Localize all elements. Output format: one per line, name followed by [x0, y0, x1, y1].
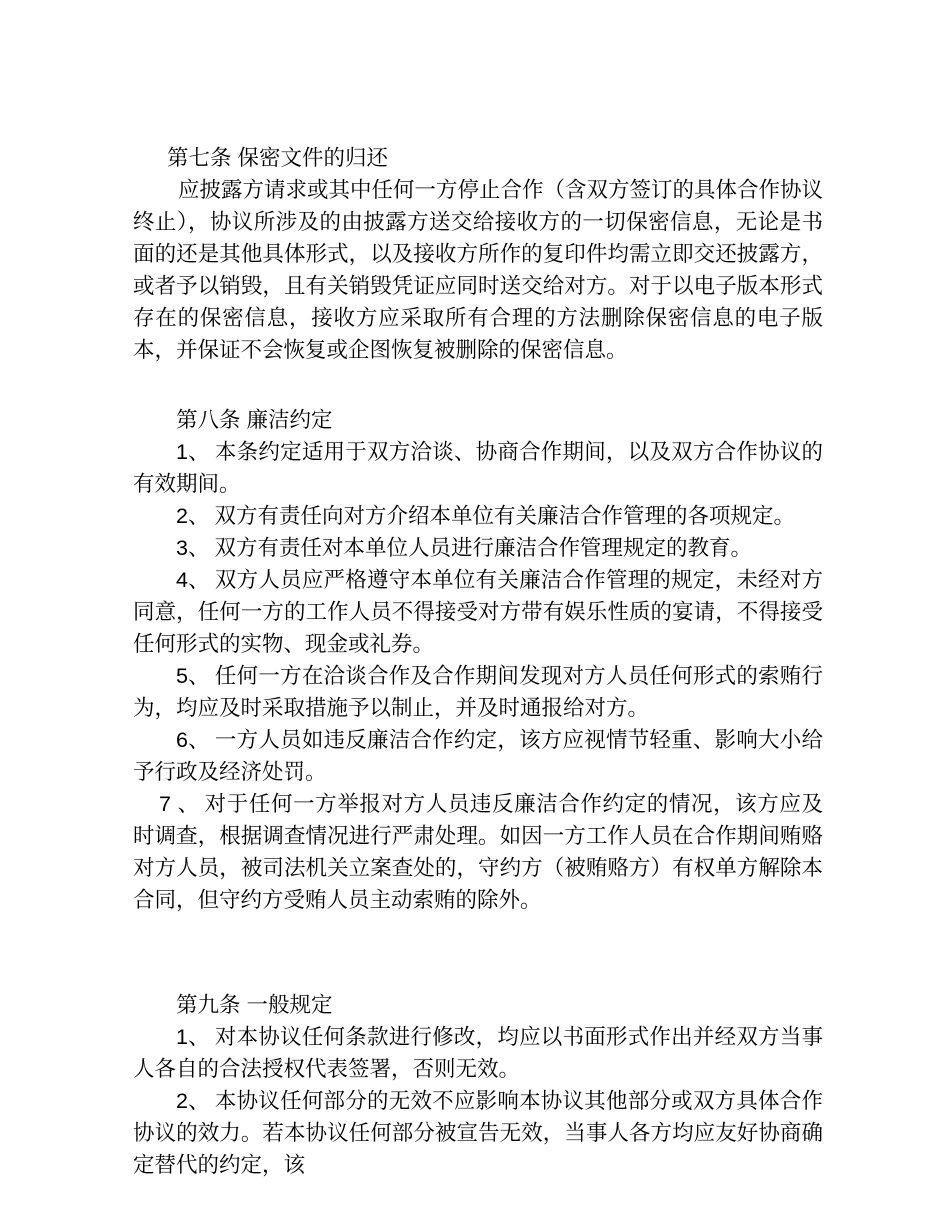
- item-marker: 5、: [176, 664, 210, 688]
- article-8-item-4: 4、双方人员应严格遵守本单位有关廉洁合作管理的规定，未经对方同意，任何一方的工作…: [133, 564, 823, 660]
- article-9-heading: 第九条 一般规定: [133, 989, 823, 1021]
- item-text: 对本协议任何条款进行修改，均应以书面形式作出并经双方当事人各自的合法授权代表签署…: [133, 1025, 823, 1081]
- item-marker: 4、: [176, 568, 210, 592]
- item-text: 本协议任何部分的无效不应影响本协议其他部分或双方具体合作协议的效力。若本协议任何…: [133, 1089, 823, 1177]
- item-text: 双方有责任向对方介绍本单位有关廉洁合作管理的各项规定。: [214, 504, 795, 528]
- article-8-item-2: 2、双方有责任向对方介绍本单位有关廉洁合作管理的各项规定。: [133, 500, 823, 532]
- item-text: 双方人员应严格遵守本单位有关廉洁合作管理的规定，未经对方同意，任何一方的工作人员…: [133, 568, 823, 656]
- article-9-item-1: 1、对本协议任何条款进行修改，均应以书面形式作出并经双方当事人各自的合法授权代表…: [133, 1021, 823, 1085]
- item-marker: 3、: [176, 536, 209, 560]
- item-marker: 1、: [176, 440, 210, 464]
- item-marker: 1、: [176, 1025, 210, 1049]
- item-marker: 7 、: [159, 792, 200, 816]
- article-8-item-3: 3、双方有责任对本单位人员进行廉洁合作管理规定的教育。: [133, 532, 823, 564]
- article-8-item-5: 5、任何一方在洽谈合作及合作期间发现对方人员任何形式的索贿行为，均应及时采取措施…: [133, 660, 823, 724]
- article-7-heading: 第七条 保密文件的归还: [133, 142, 823, 174]
- item-text: 任何一方在洽谈合作及合作期间发现对方人员任何形式的索贿行为，均应及时采取措施予以…: [133, 664, 823, 720]
- article-8-heading: 第八条 廉洁约定: [133, 404, 823, 436]
- item-text: 一方人员如违反廉洁合作约定，该方应视情节轻重、影响大小给予行政及经济处罚。: [133, 728, 823, 784]
- document-page: 第七条 保密文件的归还 应披露方请求或其中任何一方停止合作（含双方签订的具体合作…: [0, 0, 950, 1230]
- item-text: 双方有责任对本单位人员进行廉洁合作管理规定的教育。: [214, 536, 752, 560]
- article-9-item-2: 2、本协议任何部分的无效不应影响本协议其他部分或双方具体合作协议的效力。若本协议…: [133, 1085, 823, 1181]
- article-7-paragraph: 应披露方请求或其中任何一方停止合作（含双方签订的具体合作协议终止），协议所涉及的…: [133, 174, 823, 366]
- item-text: 对于任何一方举报对方人员违反廉洁合作约定的情况，该方应及时调查，根据调查情况进行…: [133, 792, 823, 912]
- item-marker: 6、: [176, 728, 210, 752]
- article-8-item-1: 1、本条约定适用于双方洽谈、协商合作期间，以及双方合作协议的有效期间。: [133, 436, 823, 500]
- item-text: 本条约定适用于双方洽谈、协商合作期间，以及双方合作协议的有效期间。: [133, 440, 823, 496]
- item-marker: 2、: [176, 1089, 210, 1113]
- article-8-item-6: 6、一方人员如违反廉洁合作约定，该方应视情节轻重、影响大小给予行政及经济处罚。: [133, 724, 823, 788]
- article-8-item-7: 7 、对于任何一方举报对方人员违反廉洁合作约定的情况，该方应及时调查，根据调查情…: [133, 788, 823, 916]
- document-body: 第七条 保密文件的归还 应披露方请求或其中任何一方停止合作（含双方签订的具体合作…: [133, 142, 823, 1181]
- item-marker: 2、: [176, 504, 209, 528]
